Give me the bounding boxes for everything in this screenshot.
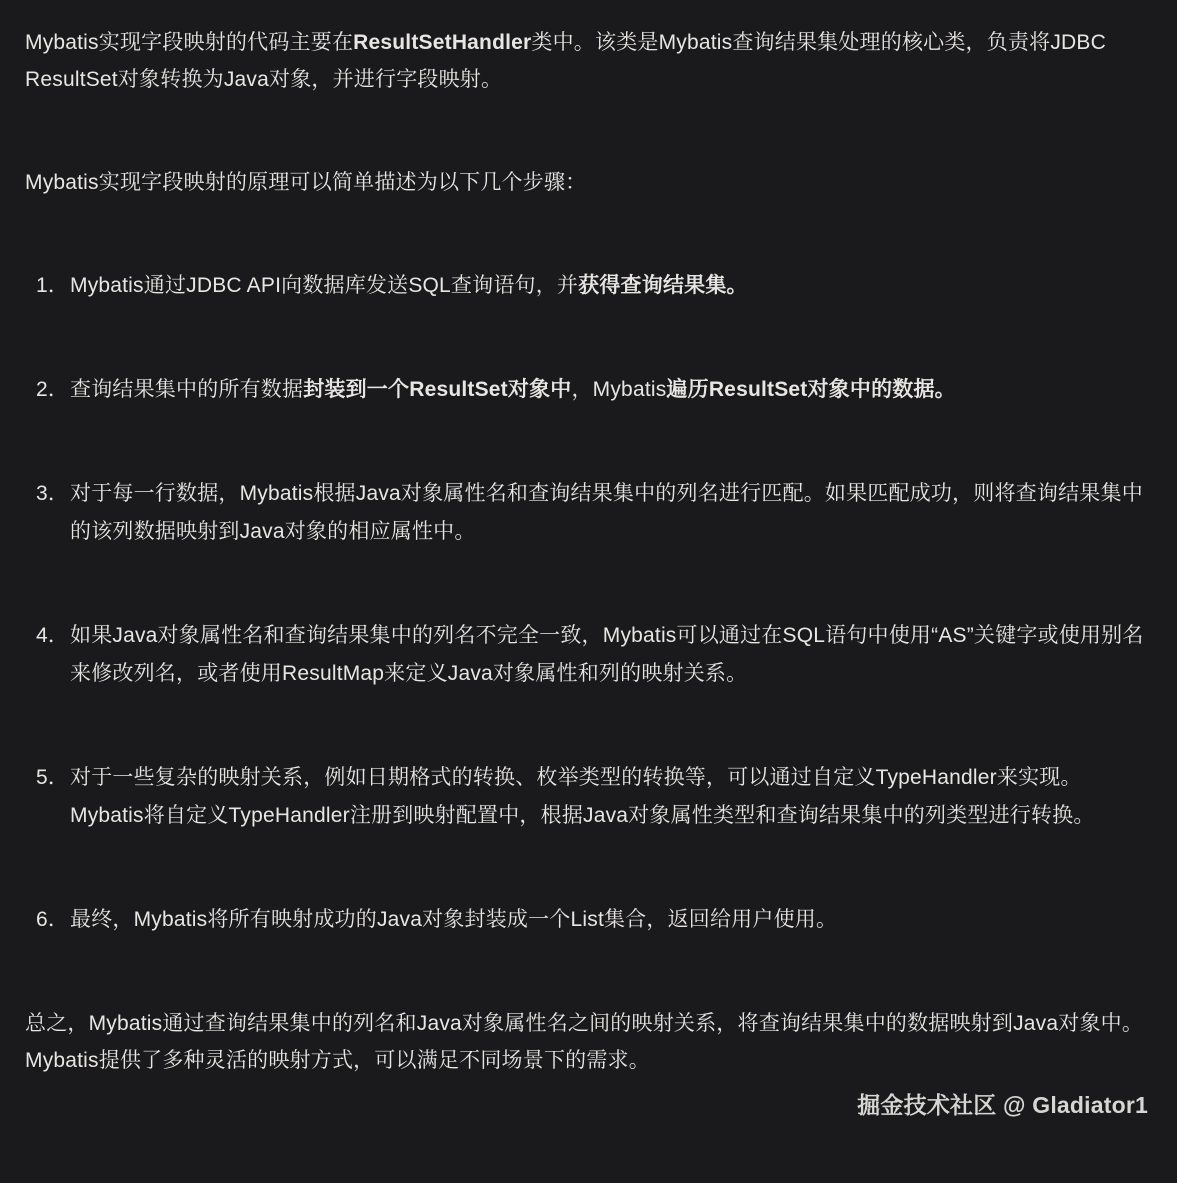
text-run: 对于一些复杂的映射关系，例如日期格式的转换、枚举类型的转换等，可以通过自定义Ty… (70, 766, 1095, 827)
list-item: 3．对于每一行数据，Mybatis根据Java对象属性名和查询结果集中的列名进行… (25, 475, 1150, 551)
list-number: 1． (36, 267, 70, 305)
text-run: 总之，Mybatis通过查询结果集中的列名和Java对象属性名之间的映射关系，将… (25, 1012, 1143, 1072)
list-item-text: 查询结果集中的所有数据封装到一个ResultSet对象中，Mybatis遍历Re… (70, 371, 1150, 409)
list-number: 4． (36, 617, 70, 693)
text-run: 查询结果集中的所有数据 (70, 378, 303, 401)
article-body: Mybatis实现字段映射的代码主要在ResultSetHandler类中。该类… (25, 24, 1150, 1079)
list-item: 6．最终，Mybatis将所有映射成功的Java对象封装成一个List集合，返回… (25, 901, 1150, 939)
list-item-text: Mybatis通过JDBC API向数据库发送SQL查询语句，并获得查询结果集。 (70, 267, 1150, 305)
list-number: 2． (36, 371, 70, 409)
list-number: 6． (36, 901, 70, 939)
list-item-text: 如果Java对象属性名和查询结果集中的列名不完全一致，Mybatis可以通过在S… (70, 617, 1150, 693)
list-item-text: 对于每一行数据，Mybatis根据Java对象属性名和查询结果集中的列名进行匹配… (70, 475, 1150, 551)
text-run: ，Mybatis (571, 378, 666, 401)
list-item: 5．对于一些复杂的映射关系，例如日期格式的转换、枚举类型的转换等，可以通过自定义… (25, 759, 1150, 835)
article-page: Mybatis实现字段映射的代码主要在ResultSetHandler类中。该类… (0, 0, 1177, 1183)
bold-text-run: 遍历ResultSet对象中的数据。 (666, 378, 955, 401)
bold-text-run: 获得查询结果集。 (578, 274, 748, 297)
text-run: Mybatis通过JDBC API向数据库发送SQL查询语句，并 (70, 274, 578, 297)
list-number: 5． (36, 759, 70, 835)
paragraph: Mybatis实现字段映射的代码主要在ResultSetHandler类中。该类… (25, 24, 1150, 98)
text-run: 最终，Mybatis将所有映射成功的Java对象封装成一个List集合，返回给用… (70, 908, 837, 931)
list-item-text: 对于一些复杂的映射关系，例如日期格式的转换、枚举类型的转换等，可以通过自定义Ty… (70, 759, 1150, 835)
text-run: Mybatis实现字段映射的原理可以简单描述为以下几个步骤： (25, 171, 586, 194)
bold-text-run: 封装到一个ResultSet对象中 (303, 378, 571, 401)
list-number: 3． (36, 475, 70, 551)
list-item: 4．如果Java对象属性名和查询结果集中的列名不完全一致，Mybatis可以通过… (25, 617, 1150, 693)
closing: 总之，Mybatis通过查询结果集中的列名和Java对象属性名之间的映射关系，将… (25, 1005, 1150, 1079)
list-item: 2．查询结果集中的所有数据封装到一个ResultSet对象中，Mybatis遍历… (25, 371, 1150, 409)
paragraph: Mybatis实现字段映射的原理可以简单描述为以下几个步骤： (25, 164, 1150, 201)
list-item-text: 最终，Mybatis将所有映射成功的Java对象封装成一个List集合，返回给用… (70, 901, 1150, 939)
bold-text-run: ResultSetHandler (353, 31, 531, 54)
text-run: 对于每一行数据，Mybatis根据Java对象属性名和查询结果集中的列名进行匹配… (70, 482, 1143, 543)
list-item: 1．Mybatis通过JDBC API向数据库发送SQL查询语句，并获得查询结果… (25, 267, 1150, 305)
text-run: 如果Java对象属性名和查询结果集中的列名不完全一致，Mybatis可以通过在S… (70, 624, 1144, 685)
watermark: 掘金技术社区 @ Gladiator1 (25, 1091, 1150, 1119)
text-run: Mybatis实现字段映射的代码主要在 (25, 31, 353, 54)
